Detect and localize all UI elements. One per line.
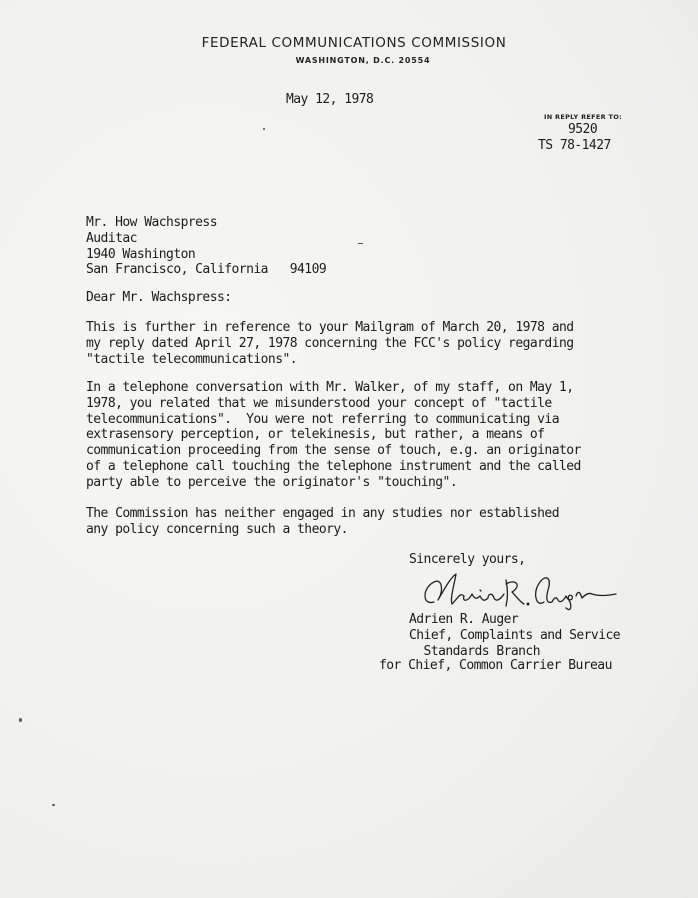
body-line: telecommunications". You were not referr… — [86, 412, 581, 428]
body-line: In a telephone conversation with Mr. Wal… — [86, 380, 581, 396]
body-paragraph-1: This is further in reference to your Mai… — [86, 320, 574, 367]
body-line: 1978, you related that we misunderstood … — [86, 396, 581, 412]
body-line: extrasensory perception, or telekinesis,… — [86, 427, 581, 443]
paper-speck — [19, 718, 22, 722]
paper-speck — [263, 128, 265, 130]
salutation: Dear Mr. Wachspress: — [86, 290, 232, 306]
body-line: any policy concerning such a theory. — [86, 522, 559, 538]
letter-date: May 12, 1978 — [286, 92, 373, 108]
signature-icon — [420, 568, 620, 612]
body-line: This is further in reference to your Mai… — [86, 320, 574, 336]
body-line: party able to perceive the originator's … — [86, 475, 581, 491]
signatory-name: Adrien R. Auger — [409, 612, 620, 628]
paper-speck — [358, 243, 363, 244]
recipient-name: Mr. How Wachspress — [86, 215, 326, 231]
body-line: of a telephone call touching the telepho… — [86, 459, 581, 475]
letterhead-address: WASHINGTON, D.C. 20554 — [0, 56, 698, 65]
recipient-street: 1940 Washington — [86, 247, 326, 263]
reference-case: TS 78-1427 — [538, 138, 611, 154]
signatory-block: Adrien R. AugerChief, Complaints and Ser… — [409, 612, 620, 659]
closing: Sincerely yours, — [409, 552, 525, 568]
signatory-title: Chief, Complaints and Service — [409, 628, 620, 644]
reference-number: 9520 — [568, 122, 597, 138]
recipient-city: San Francisco, California 94109 — [86, 262, 326, 278]
body-line: communication proceeding from the sense … — [86, 443, 581, 459]
recipient-company: Auditac — [86, 231, 326, 247]
body-line: "tactile telecommunications". — [86, 352, 574, 368]
body-paragraph-3: The Commission has neither engaged in an… — [86, 506, 559, 538]
letterhead-organization: FEDERAL COMMUNICATIONS COMMISSION — [0, 35, 698, 51]
paper-speck — [52, 804, 55, 806]
body-paragraph-2: In a telephone conversation with Mr. Wal… — [86, 380, 581, 491]
body-line: my reply dated April 27, 1978 concerning… — [86, 336, 574, 352]
signatory-for-line: for Chief, Common Carrier Bureau — [379, 658, 612, 674]
recipient-address: Mr. How WachspressAuditac1940 Washington… — [86, 215, 326, 278]
letter-page: FEDERAL COMMUNICATIONS COMMISSION WASHIN… — [0, 0, 698, 898]
reply-refer-label: IN REPLY REFER TO: — [544, 113, 622, 121]
body-line: The Commission has neither engaged in an… — [86, 506, 559, 522]
